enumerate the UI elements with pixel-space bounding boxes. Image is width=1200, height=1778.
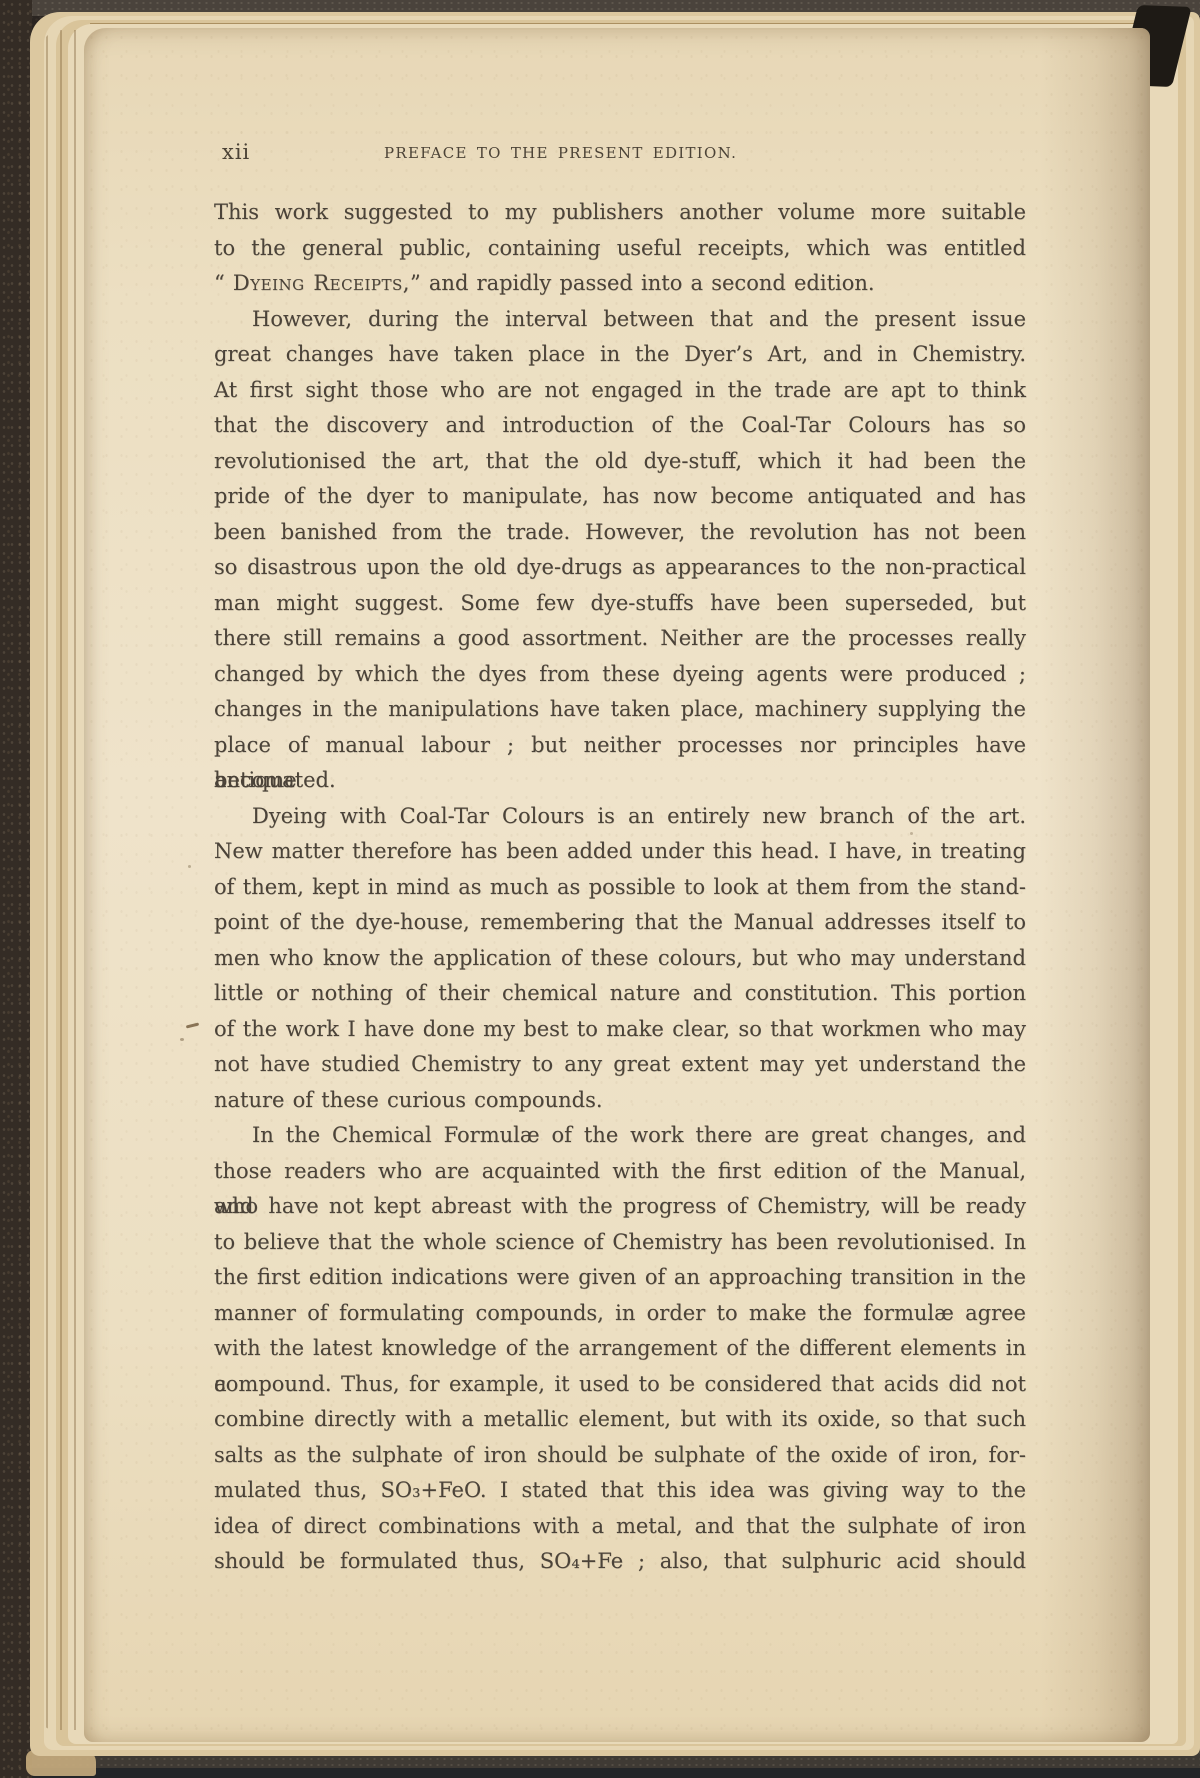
text-line: place of manual labour ; but neither pro… [214,728,1026,764]
book-cover-bottom-rim [0,1768,1200,1778]
page-stack-stripes [40,30,88,1730]
book-cover-spine-edge [0,0,32,1778]
text-line: man might suggest. Some few dye-stuffs h… [214,586,1026,622]
text-line: who have not kept abreast with the progr… [214,1189,1026,1225]
text-line: so disastrous upon the old dye-drugs as … [214,550,1026,586]
text-line: “ Dyeing Receipts,” and rapidly passed i… [214,266,1026,302]
page-gutter-shadow [1040,28,1150,1742]
text-line: combine directly with a metallic element… [214,1402,1026,1438]
text-line: pride of the dyer to manipulate, has now… [214,479,1026,515]
text-line: revolutionised the art, that the old dye… [214,444,1026,480]
text-line: New matter therefore has been added unde… [214,834,1026,870]
paper-speck [188,865,191,868]
text-line: not have studied Chemistry to any great … [214,1047,1026,1083]
text-line: point of the dye-house, remembering that… [214,905,1026,941]
text-line: At first sight those who are not engaged… [214,373,1026,409]
text-line: little or nothing of their chemical natu… [214,976,1026,1012]
photographed-book-page: xii PREFACE TO THE PRESENT EDITION. This… [0,0,1200,1778]
text-line: mulated thus, SO₃+FeO. I stated that thi… [214,1473,1026,1509]
book-page: xii PREFACE TO THE PRESENT EDITION. This… [84,28,1150,1742]
page-text: This work suggested to my publishers ano… [214,195,1026,1580]
text-line: of the work I have done my best to make … [214,1012,1026,1048]
text-line: changed by which the dyes from these dye… [214,657,1026,693]
text-line: been banished from the trade. However, t… [214,515,1026,551]
paper-speck [910,832,913,835]
text-line: manner of formulating compounds, in orde… [214,1296,1026,1332]
text-line: should be formulated thus, SO₄+Fe ; also… [214,1544,1026,1580]
text-line: This work suggested to my publishers ano… [214,195,1026,231]
text-line: with the latest knowledge of the arrange… [214,1331,1026,1367]
text-line: to the general public, containing useful… [214,231,1026,267]
text-line: men who know the application of these co… [214,941,1026,977]
text-line: those readers who are acquainted with th… [214,1154,1026,1190]
page-top-edge-line [90,23,1186,24]
text-line: idea of direct combinations with a metal… [214,1509,1026,1545]
running-head: xii PREFACE TO THE PRESENT EDITION. [84,140,1150,166]
text-line: of them, kept in mind as much as possibl… [214,870,1026,906]
text-line: great changes have taken place in the Dy… [214,337,1026,373]
text-line: there still remains a good assortment. N… [214,621,1026,657]
text-line: However, during the interval between tha… [214,302,1026,338]
text-line: that the discovery and introduction of t… [214,408,1026,444]
text-line: In the Chemical Formulæ of the work ther… [214,1118,1026,1154]
margin-dash-mark [186,1022,199,1028]
page-number: xii [222,140,250,164]
text-line: changes in the manipulations have taken … [214,692,1026,728]
text-line: to believe that the whole science of Che… [214,1225,1026,1261]
paper-speck [180,1038,184,1041]
text-line: the first edition indications were given… [214,1260,1026,1296]
running-header: PREFACE TO THE PRESENT EDITION. [384,144,737,162]
text-line: antiquated. [214,763,1026,799]
text-line: compound. Thus, for example, it used to … [214,1367,1026,1403]
text-line: Dyeing with Coal-Tar Colours is an entir… [214,799,1026,835]
text-line: nature of these curious compounds. [214,1083,1026,1119]
text-line: salts as the sulphate of iron should be … [214,1438,1026,1474]
